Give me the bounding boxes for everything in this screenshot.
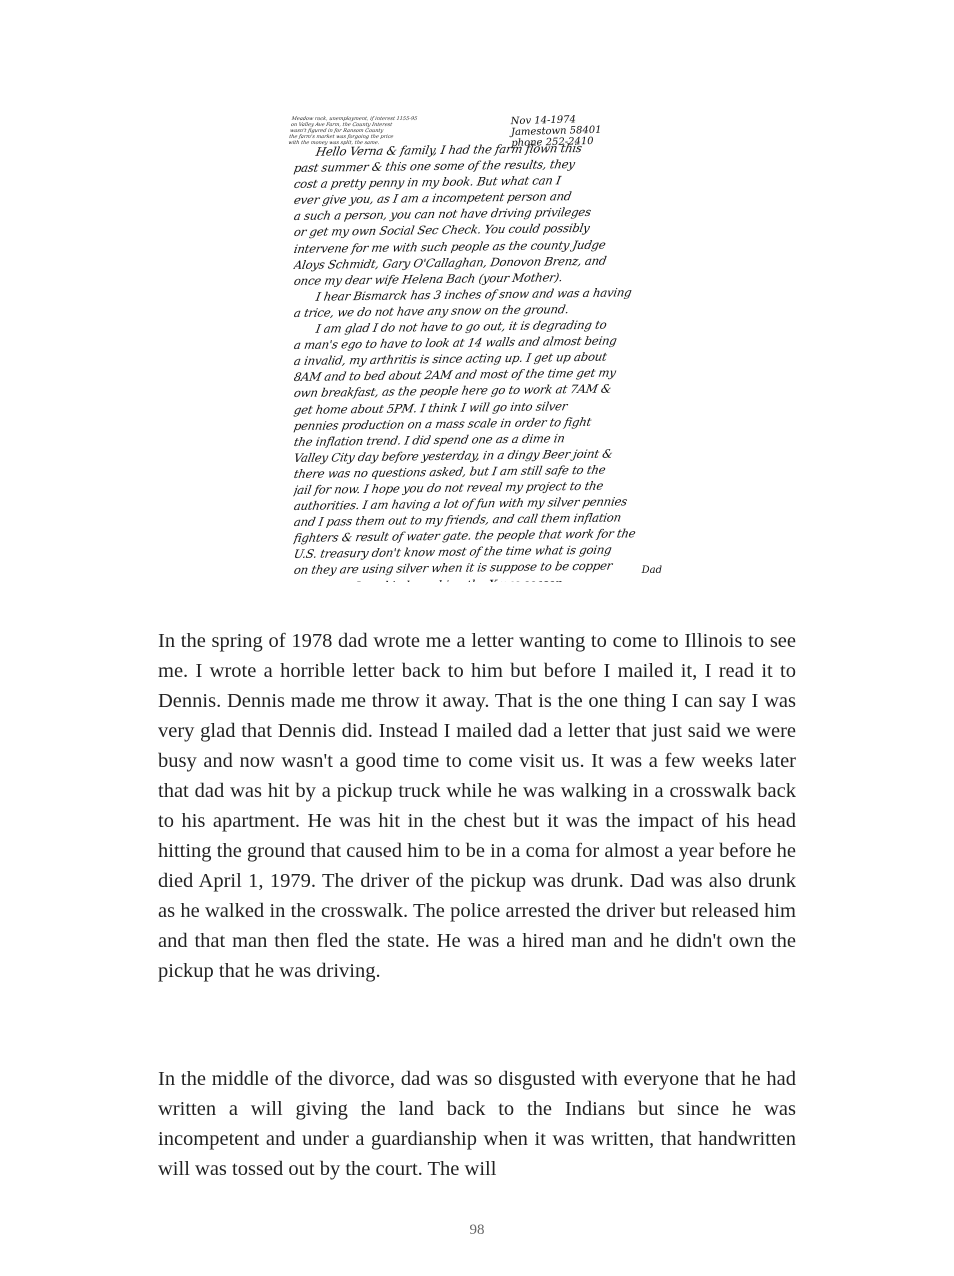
page-number: 98 [0, 1222, 954, 1239]
letter-signature: Dad [642, 565, 662, 576]
document-page: Meadow rock, unemployment, if interest 1… [0, 0, 954, 1276]
body-paragraph-1: In the spring of 1978 dad wrote me a let… [158, 626, 796, 986]
handwritten-letter-image: Meadow rock, unemployment, if interest 1… [286, 114, 670, 582]
letter-body: Hello Verna & family, I had the farm flo… [294, 144, 666, 582]
body-paragraph-2: In the middle of the divorce, dad was so… [158, 1064, 796, 1184]
